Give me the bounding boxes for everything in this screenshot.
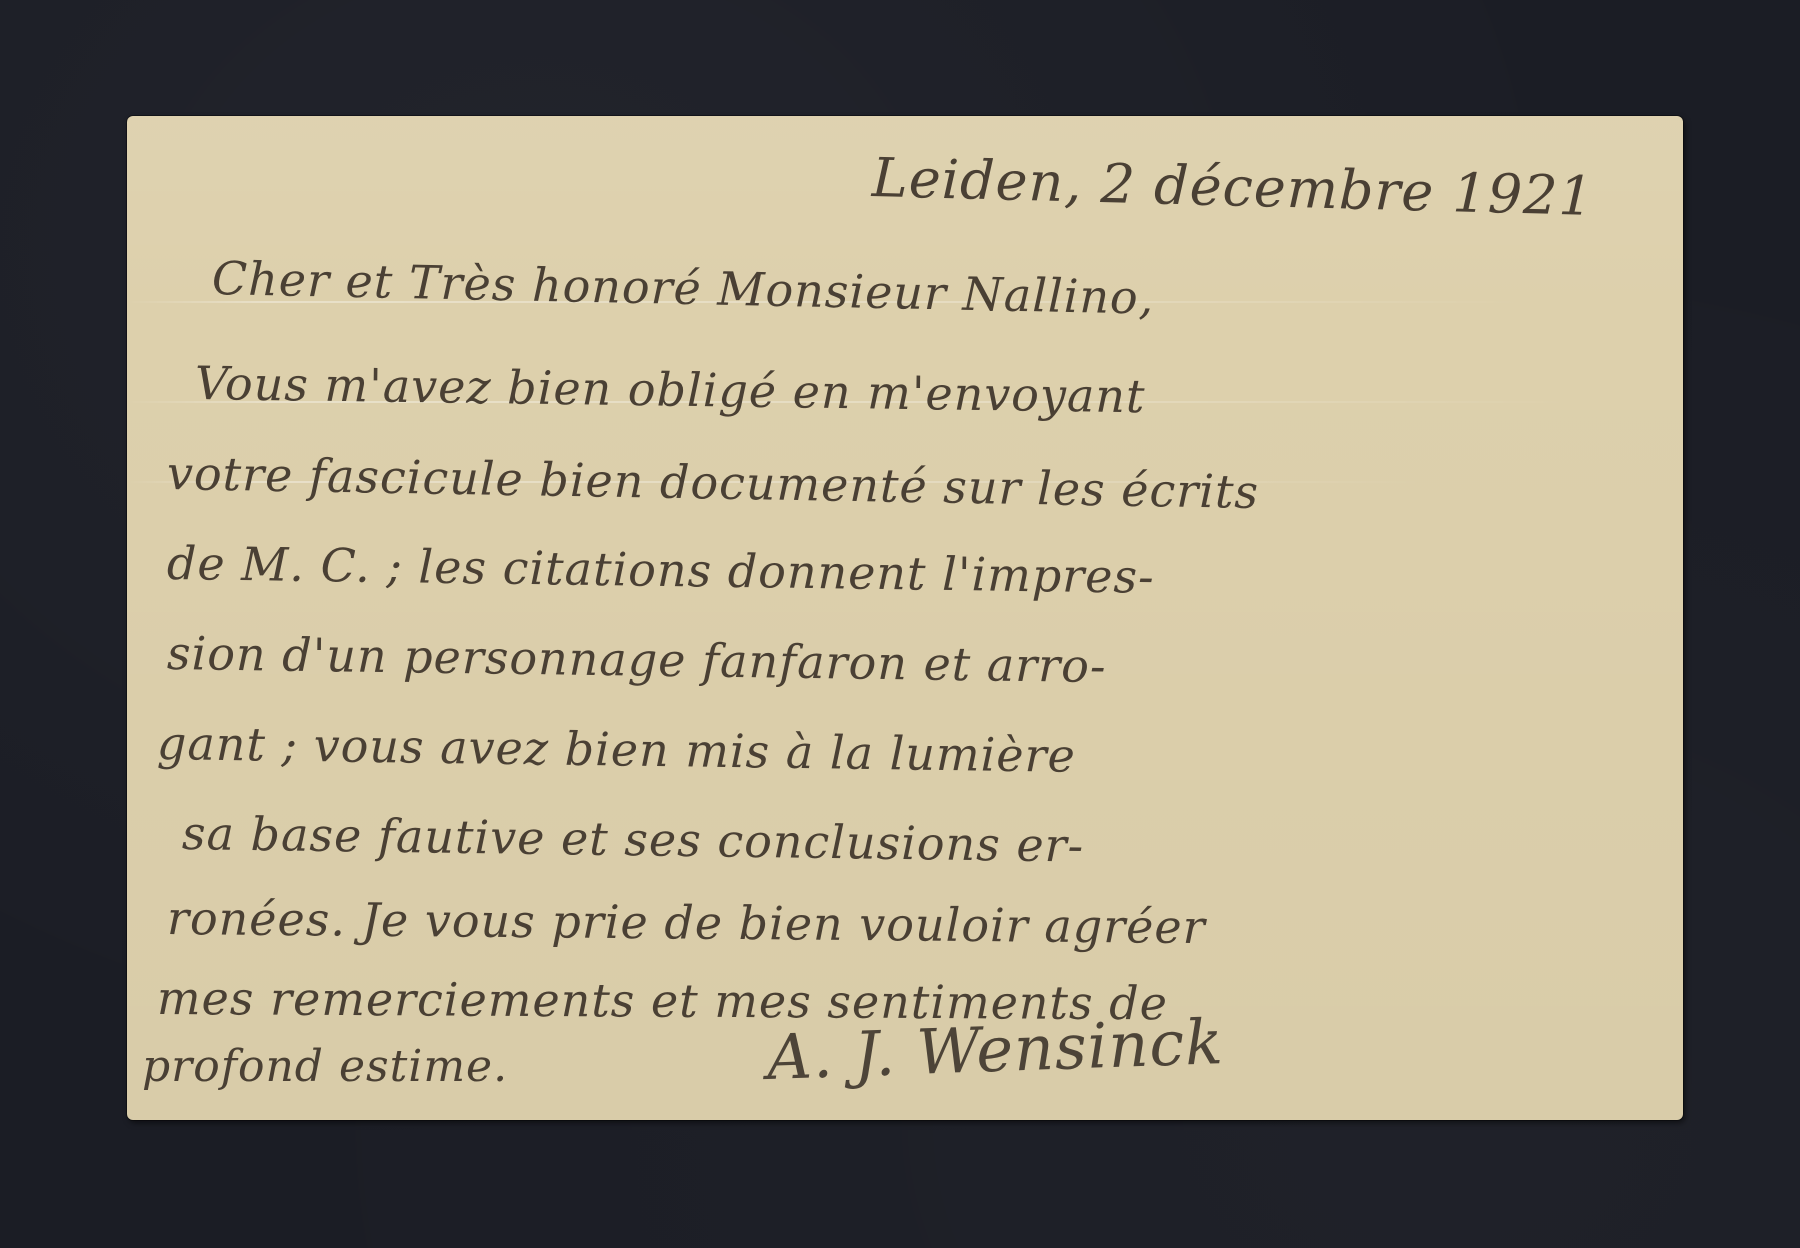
postcard: Leiden, 2 décembre 1921 Cher et Très hon… bbox=[127, 116, 1683, 1120]
closing-line: profond estime. bbox=[142, 1041, 508, 1092]
signature: A. J. Wensinck bbox=[766, 1005, 1225, 1094]
salutation: Cher et Très honoré Monsieur Nallino, bbox=[211, 251, 1154, 325]
body-line: sion d'un personnage fanfaron et arro- bbox=[167, 626, 1107, 693]
body-line: votre fascicule bien documenté sur les é… bbox=[167, 446, 1260, 519]
body-line: Vous m'avez bien obligé en m'envoyant bbox=[195, 356, 1146, 423]
body-line: de M. C. ; les citations donnent l'impre… bbox=[167, 536, 1155, 604]
dateline: Leiden, 2 décembre 1921 bbox=[871, 146, 1595, 228]
body-line: sa base fautive et ses conclusions er- bbox=[182, 806, 1085, 873]
body-line: ronées. Je vous prie de bien vouloir agr… bbox=[167, 891, 1206, 954]
body-line: gant ; vous avez bien mis à la lumière bbox=[157, 716, 1077, 783]
